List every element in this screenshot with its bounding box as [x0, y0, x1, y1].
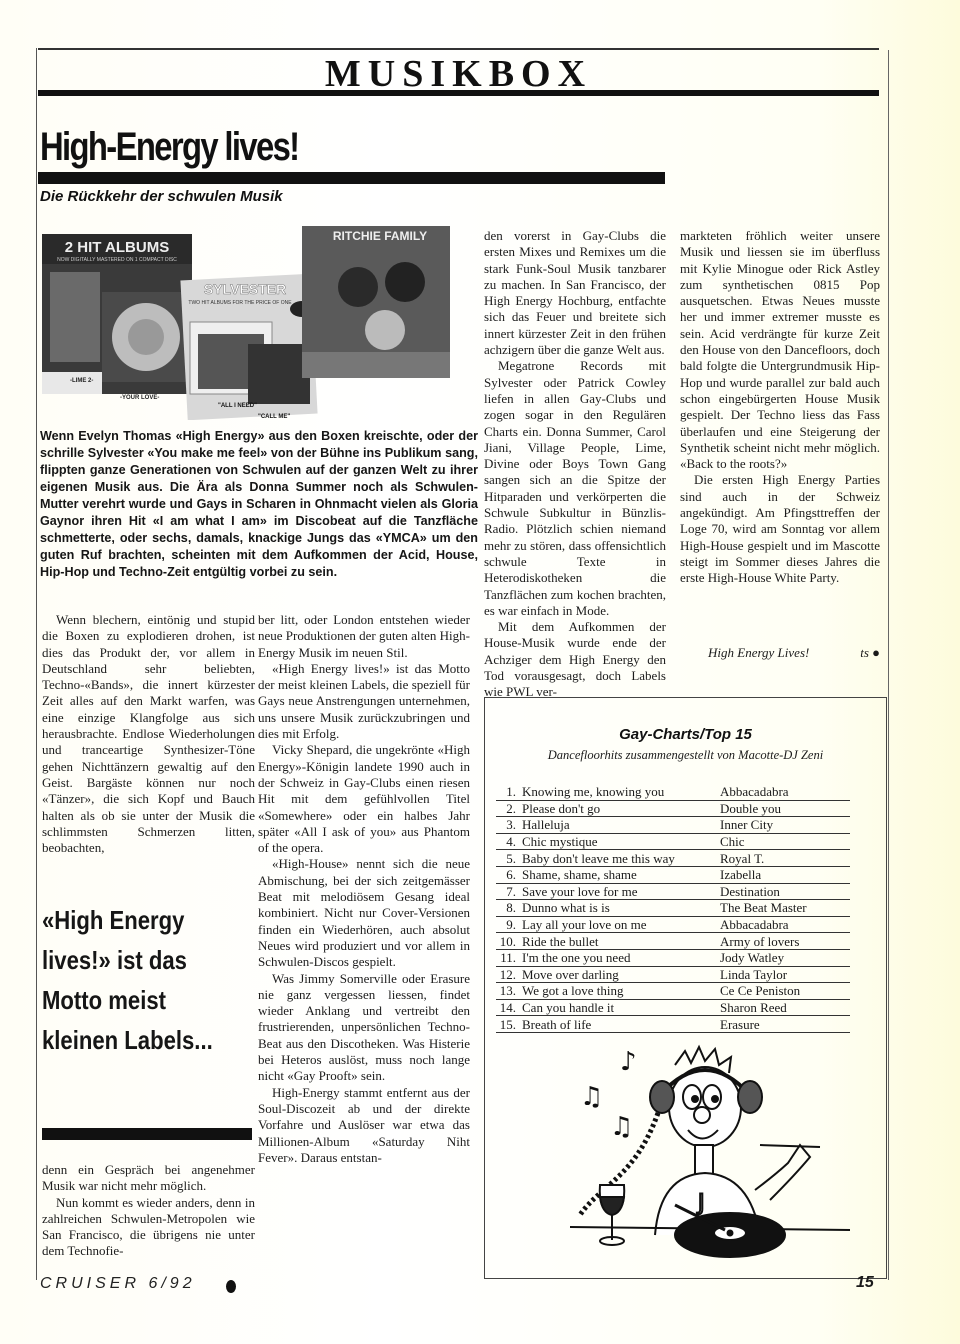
album-covers-photo: 2 HIT ALBUMS NOW DIGITALLY MASTERED ON 1… — [40, 222, 450, 420]
table-row: 6.Shame, shame, shameIzabella — [496, 866, 850, 883]
paragraph: Die ersten High Energy Parties sind auch… — [680, 472, 880, 586]
paragraph: Was Jimmy Somerville oder Erasure nie ga… — [258, 971, 470, 1085]
headline-rule — [38, 172, 665, 184]
bullet-icon — [226, 1280, 236, 1293]
svg-text:RITCHIE FAMILY: RITCHIE FAMILY — [333, 229, 427, 243]
table-row: 5.Baby don't leave me this wayRoyal T. — [496, 850, 850, 867]
page-number: 15 — [856, 1274, 874, 1292]
table-row: 12.Move over darlingLinda Taylor — [496, 966, 850, 983]
table-row: 15.Breath of lifeErasure — [496, 1016, 850, 1033]
table-row: 8.Dunno what is isThe Beat Master — [496, 900, 850, 917]
svg-text:♪: ♪ — [620, 1047, 637, 1077]
music-note-icon: ♪ ♫ ♫ — [580, 1047, 637, 1142]
paragraph: Nun kommt es wieder anders, denn in zahl… — [42, 1195, 255, 1260]
table-row: 14.Can you handle itSharon Reed — [496, 999, 850, 1016]
charts-table: 1.Knowing me, knowing youAbbacadabra 2.P… — [496, 784, 850, 1033]
svg-text:SYLVESTER: SYLVESTER — [204, 281, 286, 297]
paragraph: Vicky Shepard, die ungekrönte «High Ener… — [258, 742, 470, 856]
end-bullet-icon: ● — [872, 645, 880, 660]
column-4: markteten fröhlich weiter unsere Musik u… — [680, 228, 880, 587]
paragraph: «High Energy lives!» ist das Motto der m… — [258, 661, 470, 742]
pull-quote-rule — [42, 1128, 252, 1140]
svg-text:NOW DIGITALLY MASTERED ON 1 CO: NOW DIGITALLY MASTERED ON 1 COMPACT DISC — [57, 257, 177, 263]
article-headline: High-Energy lives! — [40, 125, 298, 170]
svg-text:♫: ♫ — [580, 1082, 603, 1112]
section-rule — [38, 90, 879, 96]
column-3: den vorerst in Gay-Clubs die ersten Mixe… — [484, 228, 666, 701]
table-row: 9.Lay all your love on meAbbacadabra — [496, 916, 850, 933]
top-rule — [38, 48, 879, 50]
paragraph: Mit dem Aufkommen der House-Musik wurde … — [484, 619, 666, 700]
charts-subtitle: Dancefloorhits zusammengestellt von Maco… — [484, 748, 887, 763]
dj-cartoon-illustration: ♪ ♫ ♫ J — [560, 1035, 860, 1260]
paragraph: Wenn blechern, eintönig und stupid die B… — [42, 612, 255, 856]
svg-text:TWO HIT ALBUMS FOR THE PRICE O: TWO HIT ALBUMS FOR THE PRICE OF ONE — [188, 300, 292, 306]
right-rule — [888, 50, 889, 1280]
svg-text:-LIME 2-: -LIME 2- — [70, 378, 93, 384]
svg-text:♫: ♫ — [610, 1112, 633, 1142]
paragraph: ber litt, oder London entstehen wieder n… — [258, 612, 470, 661]
article-signoff: High Energy Lives! ts ● — [708, 645, 880, 661]
left-rule — [36, 48, 37, 1280]
svg-text:"CALL ME": "CALL ME" — [258, 414, 290, 420]
paragraph: «High-House» nennt sich die neue Abmisch… — [258, 856, 470, 970]
paragraph: den vorerst in Gay-Clubs die ersten Mixe… — [484, 228, 666, 358]
table-row: 10.Ride the bulletArmy of lovers — [496, 933, 850, 950]
table-row: 2.Please don't goDouble you — [496, 800, 850, 817]
magazine-issue: CRUISER 6/92 — [40, 1275, 196, 1293]
paragraph: High-Energy stammt entfernt aus der Soul… — [258, 1085, 470, 1166]
column-1-continued: denn ein Gespräch bei angenehmer Musik w… — [42, 1162, 255, 1260]
table-row: 3.HallelujaInner City — [496, 817, 850, 834]
article-subheadline: Die Rückkehr der schwulen Musik — [40, 188, 283, 205]
table-row: 11.I'm the one you needJody Watley — [496, 949, 850, 966]
table-row: 4.Chic mystiqueChic — [496, 833, 850, 850]
table-row: 1.Knowing me, knowing youAbbacadabra — [496, 784, 850, 800]
article-lead: Wenn Evelyn Thomas «High Energy» aus den… — [40, 428, 478, 581]
pull-quote: «High Energy lives!» ist das Motto meist… — [42, 900, 221, 1060]
column-2: ber litt, oder London entstehen wieder n… — [258, 612, 470, 1166]
column-1: Wenn blechern, eintönig und stupid die B… — [42, 612, 255, 856]
charts-title: Gay-Charts/Top 15 — [484, 726, 887, 743]
table-row: 7.Save your love for meDestination — [496, 883, 850, 900]
svg-text:2 HIT ALBUMS: 2 HIT ALBUMS — [65, 239, 169, 256]
paragraph: Megatrone Records mit Sylvester oder Pat… — [484, 358, 666, 619]
author-initials: ts ● — [860, 645, 880, 661]
svg-text:J: J — [696, 1191, 705, 1216]
signoff-text: High Energy Lives! — [708, 645, 809, 661]
paragraph: denn ein Gespräch bei angenehmer Musik w… — [42, 1162, 255, 1195]
svg-text:"ALL I NEED": "ALL I NEED" — [218, 403, 257, 409]
paragraph: markteten fröhlich weiter unsere Musik u… — [680, 228, 880, 472]
table-row: 13.We got a love thingCe Ce Peniston — [496, 983, 850, 1000]
svg-text:-YOUR LOVE-: -YOUR LOVE- — [120, 395, 159, 401]
